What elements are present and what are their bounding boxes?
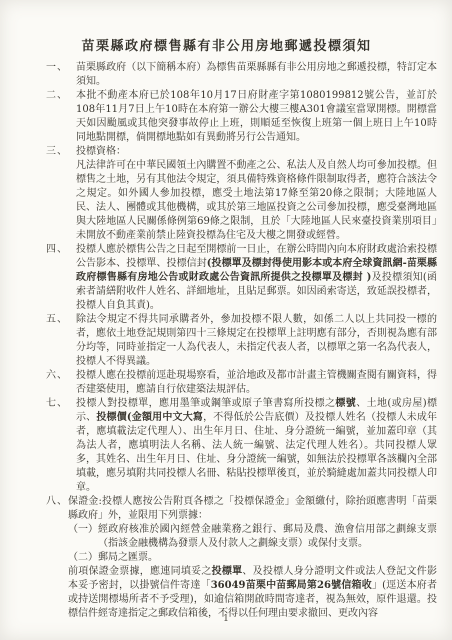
list-item-8: 八、 保證金:投標人應按公告附頁各標之「投標保證金」金額繳付，除抬頭應書明「苗栗…	[46, 495, 437, 621]
list-item-3: 三、 投標資格： 凡法律許可在中華民國領土內購置不動產之公、私法人及自然人均可參…	[46, 145, 437, 243]
item-text: 除法令規定不得共同承購者外，參加投標不限人數，如係二人以上共同投一標的者，應依土…	[76, 313, 437, 369]
item-text: 苗栗縣政府（以下簡稱本府）為標售苗栗縣縣有非公用房地之郵遞投標，特訂定本須知。	[76, 61, 437, 89]
sub-item-2: （二） 郵局之匯票。	[68, 551, 437, 565]
list-item-6: 六、 投標人應在投標前逕赴現場察看，並洽地政及都市計畫主管機關查閱有關資料，得否…	[46, 369, 437, 397]
item-text: 投標人應於標售公告之日起至開標前一日止，在辦公時間內向本府財政處洽索投標公告影本…	[76, 243, 437, 313]
sub-item-number: （一）	[68, 523, 98, 537]
sub-item-number: （二）	[68, 551, 98, 565]
item-number: 四、	[46, 243, 76, 257]
document-page: 苗栗縣政府標售縣有非公用房地郵遞投標須知 一、 苗栗縣政府（以下簡稱本府）為標售…	[0, 0, 452, 640]
item-text: 保證金:投標人應按公告附頁各標之「投標保證金」金額繳付，除抬頭應書明「苗栗縣政府…	[68, 495, 437, 523]
list-item-5: 五、 除法令規定不得共同承購者外，參加投標不限人數，如係二人以上共同投一標的者，…	[46, 313, 437, 369]
item-number: 八、	[46, 495, 68, 509]
sub-item-text: 經政府核准於國內經營金融業務之銀行、郵局及農、漁會信用部之劃線支票（指該金融機構…	[98, 523, 437, 551]
page-number: 1	[0, 612, 452, 626]
sub-item-text: 郵局之匯票。	[98, 551, 437, 565]
list-item-4: 四、 投標人應於標售公告之日起至開標前一日止，在辦公時間內向本府財政處洽索投標公…	[46, 243, 437, 313]
item-number: 二、	[46, 89, 76, 103]
item-number: 五、	[46, 313, 76, 327]
item-text: 凡法律許可在中華民國領土內購置不動產之公、私法人及自然人均可參加投標。但標售之土…	[76, 159, 437, 243]
sub-item-1: （一） 經政府核准於國內經營金融業務之銀行、郵局及農、漁會信用部之劃線支票（指該…	[68, 523, 437, 551]
item-number: 六、	[46, 369, 76, 383]
document-title: 苗栗縣政府標售縣有非公用房地郵遞投標須知	[46, 40, 407, 54]
item-text: 本批不動產本府已於108年10月17日府財產字第1080199812號公告，並訂…	[76, 89, 437, 145]
list-item-1: 一、 苗栗縣政府（以下簡稱本府）為標售苗栗縣縣有非公用房地之郵遞投標，特訂定本須…	[46, 61, 437, 89]
list-item-2: 二、 本批不動產本府已於108年10月17日府財產字第1080199812號公告…	[46, 89, 437, 145]
list-item-7: 七、 投標人對投標單，應用墨筆或鋼筆或原子筆書寫所投標之標號、土地(或房屋)標示…	[46, 397, 437, 495]
item-number: 七、	[46, 397, 76, 411]
item-heading: 投標資格：	[76, 145, 437, 159]
item-text: 投標人對投標單，應用墨筆或鋼筆或原子筆書寫所投標之標號、土地(或房屋)標示、投標…	[76, 397, 437, 495]
item-number: 三、	[46, 145, 76, 159]
item-number: 一、	[46, 61, 76, 75]
item-text: 投標人應在投標前逕赴現場察看，並洽地政及都市計畫主管機關查閱有關資料，得否建築使…	[76, 369, 437, 397]
